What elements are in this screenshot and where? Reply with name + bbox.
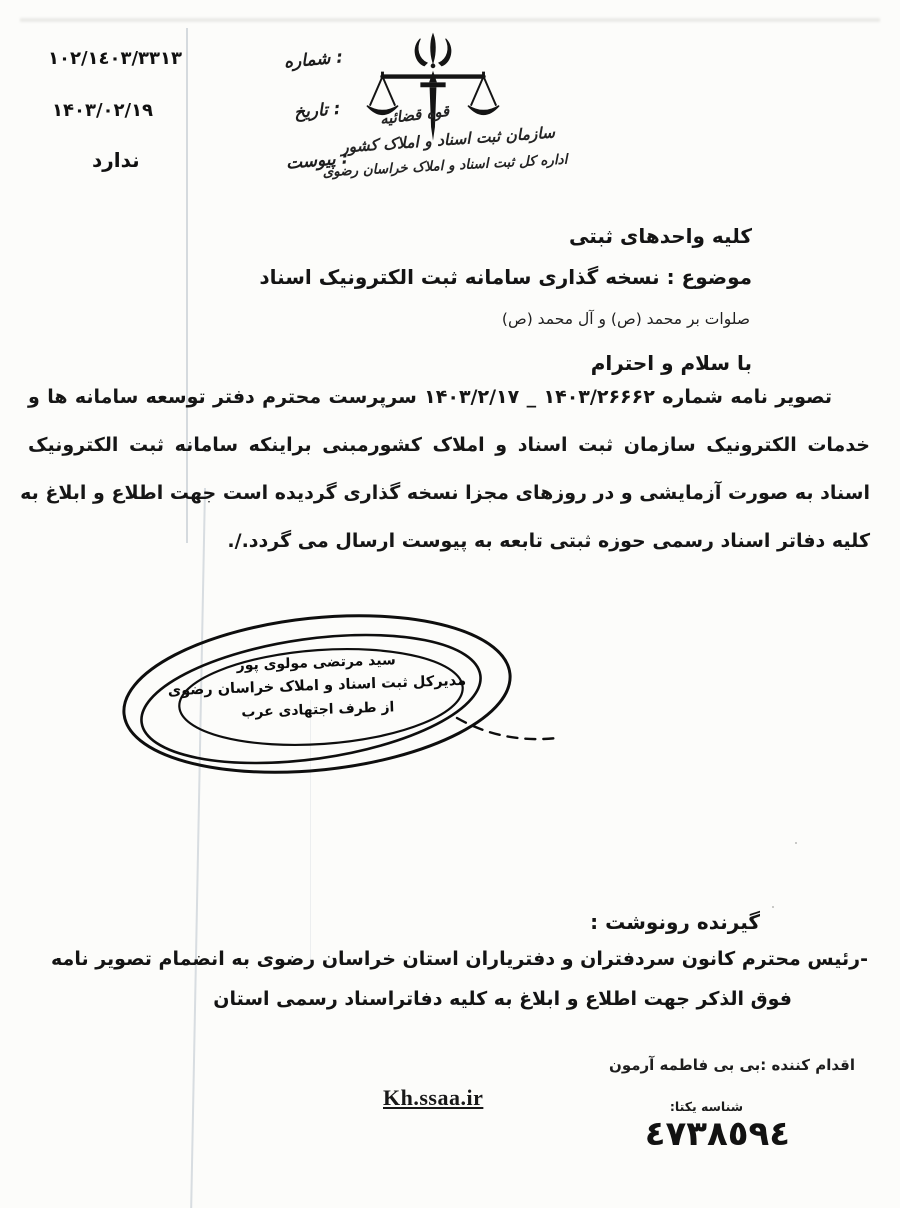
cc-line-2: فوق الذکر جهت اطلاع و ابلاغ به کلیه دفات…: [213, 988, 792, 1010]
meta-date-label: تاریخ :: [294, 99, 342, 123]
subject-line: موضوع : نسخه گذاری سامانه ثبت الکترونیک …: [259, 265, 752, 289]
body-paragraph-line-4: کلیه دفاتر اسناد رسمی حوزه ثبتی تابعه به…: [28, 530, 870, 552]
greeting-line: با سلام و احترام: [591, 351, 752, 375]
scan-speck: [772, 906, 774, 908]
body-paragraph-line-1: تصویر نامه شماره ۱۴۰۳/۲۶۶۶۲ _ ۱۴۰۳/۲/۱۷ …: [28, 386, 870, 408]
meta-number-value: ١٠٢/١٤٠٣/٣٣١٣: [48, 48, 182, 69]
stamp-text-block: سید مرتضی مولوی پور مدیرکل ثبت اسناد و ا…: [161, 650, 473, 724]
salawat-line: صلوات بر محمد (ص) و آل محمد (ص): [502, 310, 750, 328]
unique-id-label: شناسه یکتا:: [670, 1099, 743, 1114]
scan-fold-line-lower: [190, 488, 205, 1208]
meta-attachment-value: ندارد: [92, 148, 140, 172]
recipient-line: کلیه واحدهای ثبتی: [569, 224, 752, 248]
website-link: Kh.ssaa.ir: [383, 1085, 483, 1111]
scan-speck: [795, 842, 797, 844]
body-paragraph-line-2: خدمات الکترونیک سازمان ثبت اسناد و املاک…: [28, 434, 870, 456]
scan-fold-line-upper: [186, 28, 188, 543]
cc-heading: گیرنده رونوشت :: [590, 910, 760, 934]
stamp-signer-title: مدیرکل ثبت اسناد و املاک خراسان رضوی: [162, 673, 472, 700]
scan-smudge-top: [20, 18, 880, 22]
cc-line-1: -رئیس محترم کانون سردفتران و دفتریاران ا…: [51, 948, 868, 970]
unique-id-value: ٤٧٣٨٥٩٤: [645, 1114, 790, 1154]
body-paragraph-line-3: اسناد به صورت آزمایشی و در روزهای مجزا ن…: [28, 482, 870, 504]
meta-date-value: ۱۴۰۳/۰۲/۱۹: [52, 100, 153, 121]
handler-line: اقدام کننده :بی بی فاطمه آرمون: [609, 1056, 855, 1074]
scanned-letter-page: قوه قضائیه سازمان ثبت اسناد و املاک کشور…: [0, 0, 900, 1208]
meta-number-label: شماره :: [283, 47, 344, 72]
